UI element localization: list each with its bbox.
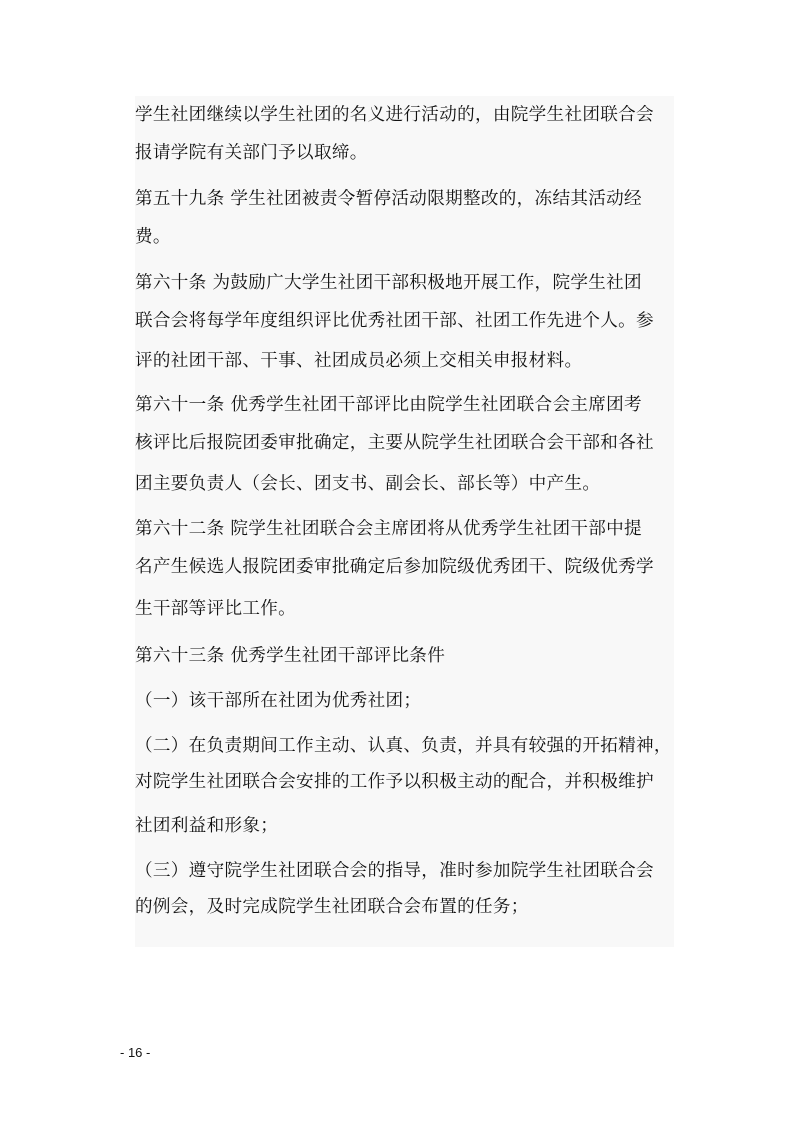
text-line: 对院学生社团联合会安排的工作予以积极主动的配合，并积极维护 [135,771,654,793]
document-page: 学生社团继续以学生社团的名义进行活动的，由院学生社团联合会报请学院有关部门予以取… [0,0,793,1122]
text-line: 评的社团干部、干事、社团成员必须上交相关申报材料。 [135,350,582,372]
text-line: 学生社团继续以学生社团的名义进行活动的，由院学生社团联合会 [135,104,654,126]
text-line: 联合会将每学年度组织评比优秀社团干部、社团工作先进个人。参 [135,310,654,332]
document-body: 学生社团继续以学生社团的名义进行活动的，由院学生社团联合会报请学院有关部门予以取… [135,96,674,947]
text-line: 名产生候选人报院团委审批确定后参加院级优秀团干、院级优秀学 [135,556,654,578]
text-line: 核评比后报院团委审批确定，主要从院学生社团联合会干部和各社 [135,432,654,454]
text-line: 的例会，及时完成院学生社团联合会布置的任务； [135,896,529,918]
text-line: 第六十一条 优秀学生社团干部评比由院学生社团联合会主席团考 [135,394,642,416]
text-line: 第六十条 为鼓励广大学生社团干部积极地开展工作，院学生社团 [135,272,642,294]
text-line: （一）该干部所在社团为优秀社团； [135,690,421,712]
text-line: 报请学院有关部门予以取缔。 [135,142,368,164]
text-line: 团主要负责人（会长、团支书、副会长、部长等）中产生。 [135,473,600,495]
text-line: （三）遵守院学生社团联合会的指导，准时参加院学生社团联合会 [135,860,654,882]
text-line: 第六十二条 院学生社团联合会主席团将从优秀学生社团干部中提 [135,518,642,540]
text-line: （二）在负责期间工作主动、认真、负责，并具有较强的开拓精神， [135,735,672,757]
text-line: 费。 [135,226,171,248]
page-number: - 16 - [120,1045,150,1060]
text-line: 生干部等评比工作。 [135,598,296,620]
text-line: 第六十三条 优秀学生社团干部评比条件 [135,645,445,667]
text-line: 第五十九条 学生社团被责令暂停活动限期整改的，冻结其活动经 [135,188,642,210]
text-line: 社团利益和形象； [135,815,278,837]
